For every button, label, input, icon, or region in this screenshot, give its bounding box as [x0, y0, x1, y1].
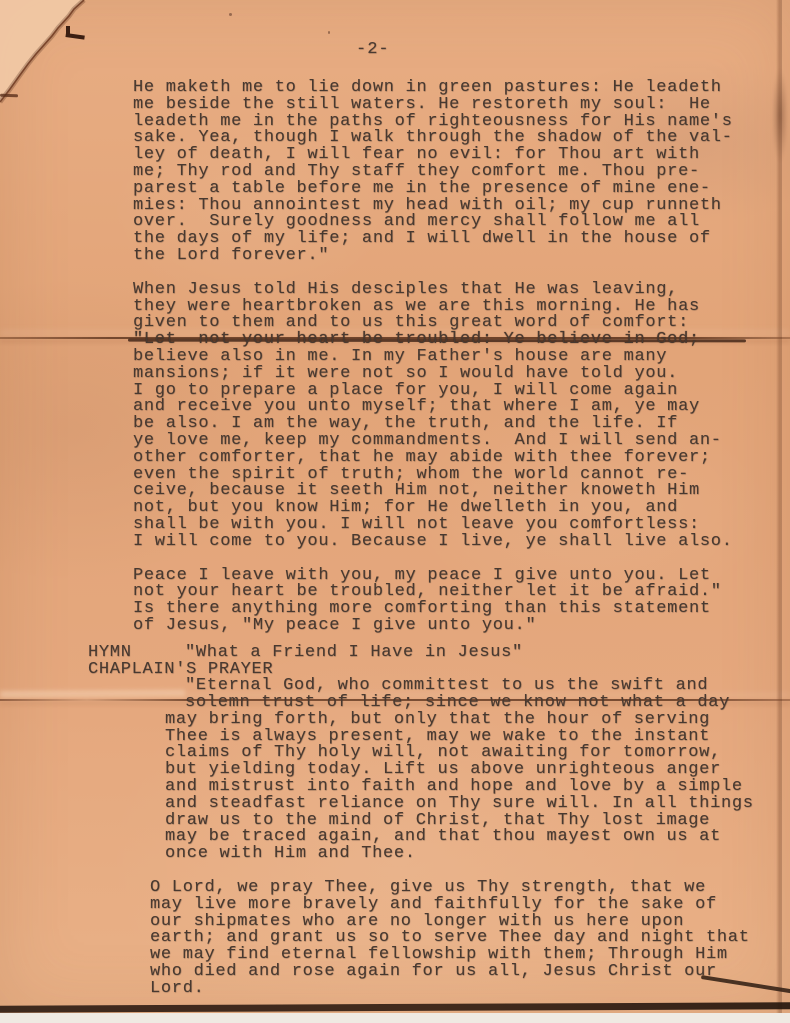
hymn-label: HYMN: [88, 645, 132, 662]
chaplain-prayer-label: CHAPLAIN'S PRAYER: [88, 662, 273, 679]
page-number: -2-: [356, 40, 390, 59]
paper-speck: [328, 31, 330, 34]
scanned-page: -2- He maketh me to lie down in green pa…: [0, 0, 790, 1023]
text-line: of Jesus, "My peace I give unto you.": [0, 618, 790, 635]
chaplain-prayer-row: CHAPLAIN'S PRAYER: [0, 662, 790, 679]
text-line: once with Him and Thee.: [0, 846, 790, 863]
comfort-paragraph: When Jesus told His desciples that He wa…: [0, 282, 790, 551]
document-body: He maketh me to lie down in green pastur…: [0, 80, 790, 998]
text-line: who died and rose again for us all, Jesu…: [0, 964, 790, 981]
psalm-paragraph: He maketh me to lie down in green pastur…: [0, 80, 790, 265]
text-line: Lord.: [0, 981, 790, 998]
hymn-title: "What a Friend I Have in Jesus": [185, 645, 523, 662]
staple-mark: [65, 26, 84, 40]
text-line: the Lord forever.": [0, 248, 790, 265]
paper-sheet: -2- He maketh me to lie down in green pa…: [0, 0, 790, 1013]
prayer-paragraph-2: O Lord, we pray Thee, give us Thy streng…: [0, 880, 790, 998]
paper-bottom-edge: [0, 1002, 790, 1012]
text-line: I will come to you. Because I live, ye s…: [0, 534, 790, 551]
peace-paragraph: Peace I leave with you, my peace I give …: [0, 568, 790, 635]
text-line: the days of my life; and I will dwell in…: [0, 231, 790, 248]
prayer-paragraph-1: "Eternal God, who committest to us the s…: [0, 678, 790, 863]
paper-speck: [229, 13, 232, 16]
text-line: other comforter, that he may abide with …: [0, 450, 790, 467]
hymn-row: HYMN"What a Friend I Have in Jesus": [0, 645, 790, 662]
heading-line: CHAPLAIN'S PRAYER: [0, 662, 790, 679]
heading-line: HYMN"What a Friend I Have in Jesus": [0, 645, 790, 662]
